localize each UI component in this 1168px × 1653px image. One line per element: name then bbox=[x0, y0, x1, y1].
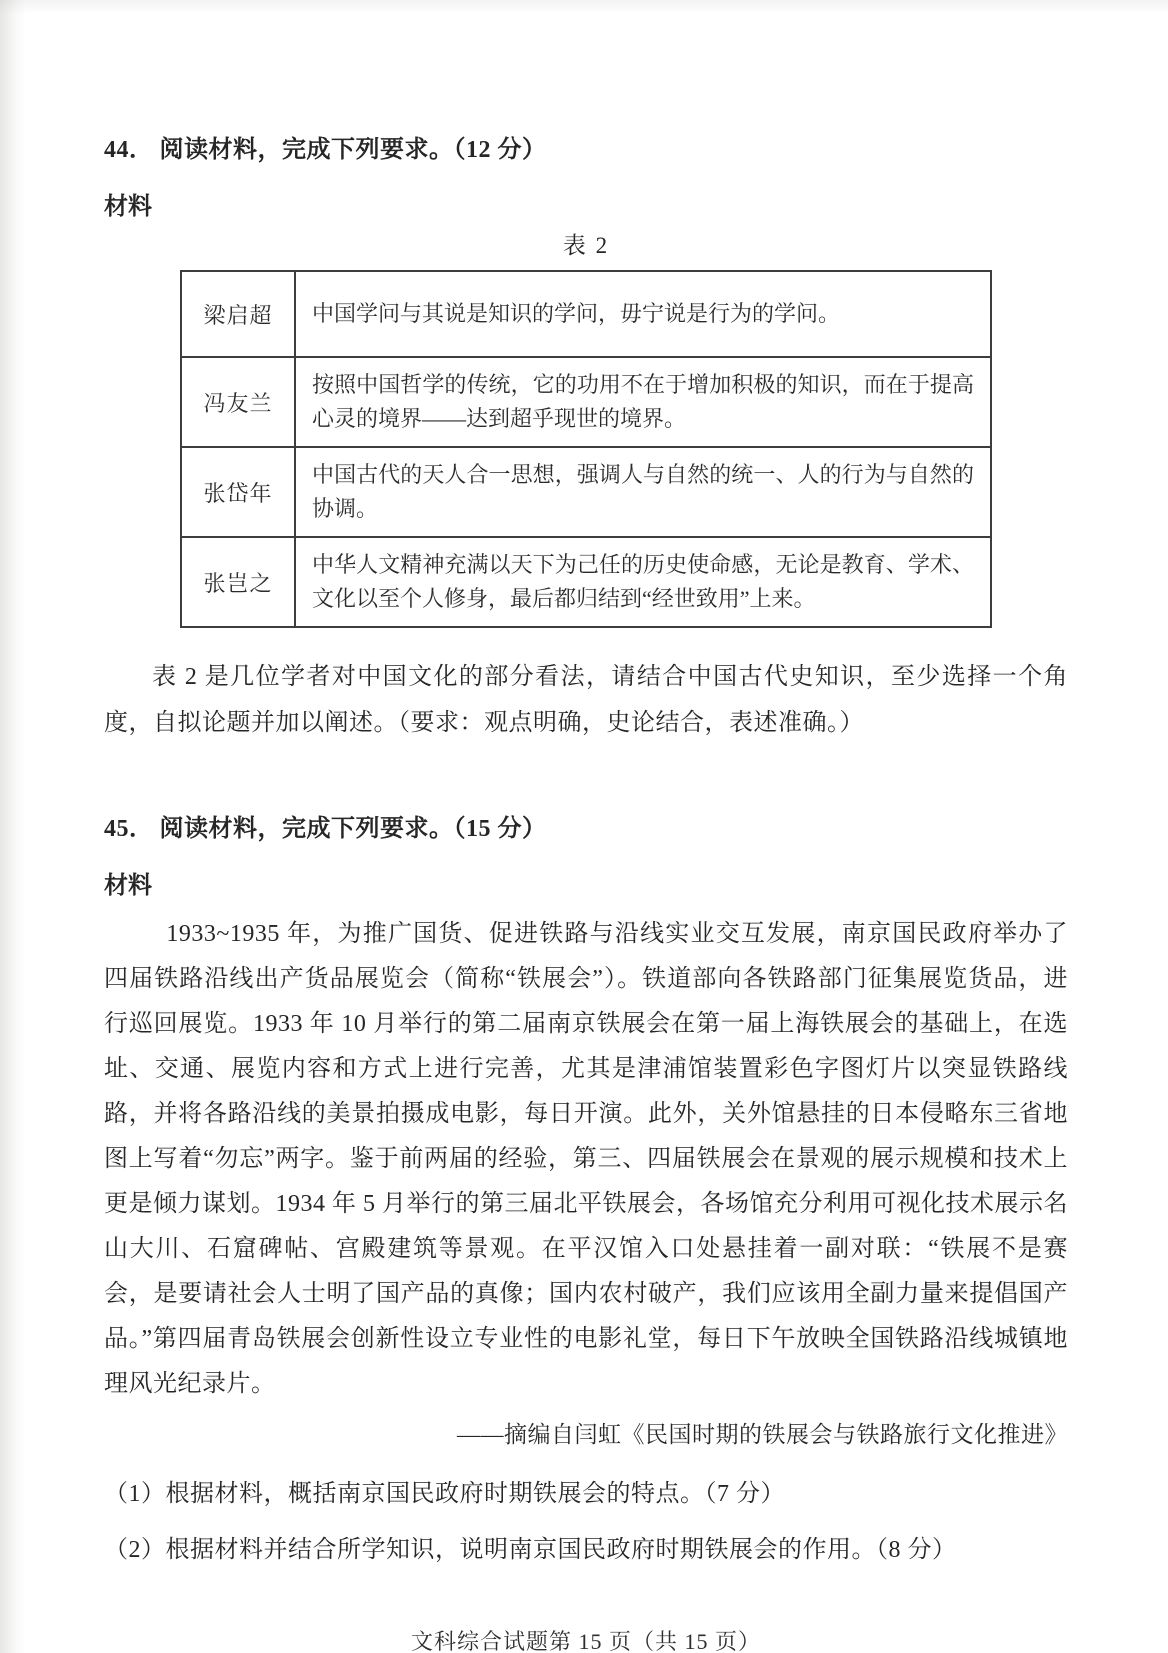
scholar-name-cell: 张岱年 bbox=[181, 447, 295, 537]
question-44-task: 表 2 是几位学者对中国文化的部分看法，请结合中国古代史知识，至少选择一个角度，… bbox=[104, 654, 1068, 746]
scholar-view-cell: 中国古代的天人合一思想，强调人与自然的统一、人的行为与自然的协调。 bbox=[295, 447, 991, 537]
scan-shadow-left bbox=[0, 0, 26, 1653]
page-footer: 文科综合试题第 15 页（共 15 页） bbox=[104, 1625, 1068, 1653]
scholars-views-table: 梁启超 中国学问与其说是知识的学问，毋宁说是行为的学问。 冯友兰 按照中国哲学的… bbox=[180, 270, 992, 628]
table-row: 张岱年 中国古代的天人合一思想，强调人与自然的统一、人的行为与自然的协调。 bbox=[181, 447, 991, 537]
question-45-material-paragraph: 1933~1935 年，为推广国货、促进铁路与沿线实业交互发展，南京国民政府举办… bbox=[104, 912, 1068, 1407]
question-45-number: 45． bbox=[104, 816, 154, 842]
scholar-name-cell: 张岂之 bbox=[181, 537, 295, 627]
exam-page: 44．阅读材料，完成下列要求。（12 分） 材料 表 2 梁启超 中国学问与其说… bbox=[0, 0, 1168, 1653]
table-row: 张岂之 中华人文精神充满以天下为己任的历史使命感，无论是教育、学术、文化以至个人… bbox=[181, 537, 991, 627]
question-45-stem: 阅读材料，完成下列要求。（15 分） bbox=[160, 816, 547, 842]
scholar-name-cell: 梁启超 bbox=[181, 271, 295, 357]
table-row: 冯友兰 按照中国哲学的传统，它的功用不在于增加积极的知识，而在于提高心灵的境界—… bbox=[181, 357, 991, 447]
question-44-material-label: 材料 bbox=[104, 191, 1068, 223]
scholar-view-cell: 中华人文精神充满以天下为己任的历史使命感，无论是教育、学术、文化以至个人修身，最… bbox=[295, 537, 991, 627]
question-44-section: 44．阅读材料，完成下列要求。（12 分） 材料 表 2 梁启超 中国学问与其说… bbox=[104, 133, 1068, 746]
question-45-section: 45．阅读材料，完成下列要求。（15 分） 材料 1933~1935 年，为推广… bbox=[104, 812, 1068, 1567]
table-2-title: 表 2 bbox=[104, 227, 1068, 260]
scan-shadow-top bbox=[0, 0, 1168, 14]
question-44-stem: 阅读材料，完成下列要求。（12 分） bbox=[160, 137, 547, 163]
question-45-stem-line: 45．阅读材料，完成下列要求。（15 分） bbox=[104, 812, 1068, 846]
sub-question-2: （2）根据材料并结合所学知识，说明南京国民政府时期铁展会的作用。（8 分） bbox=[104, 1533, 1068, 1567]
scholar-view-cell: 按照中国哲学的传统，它的功用不在于增加积极的知识，而在于提高心灵的境界——达到超… bbox=[295, 357, 991, 447]
table-row: 梁启超 中国学问与其说是知识的学问，毋宁说是行为的学问。 bbox=[181, 271, 991, 357]
sub-question-1: （1）根据材料，概括南京国民政府时期铁展会的特点。（7 分） bbox=[104, 1477, 1068, 1511]
question-45-material-label: 材料 bbox=[104, 870, 1068, 902]
scholar-view-cell: 中国学问与其说是知识的学问，毋宁说是行为的学问。 bbox=[295, 271, 991, 357]
scholar-name-cell: 冯友兰 bbox=[181, 357, 295, 447]
source-attribution: ——摘编自闫虹《民国时期的铁展会与铁路旅行文化推进》 bbox=[104, 1415, 1068, 1455]
question-44-stem-line: 44．阅读材料，完成下列要求。（12 分） bbox=[104, 133, 1068, 167]
question-44-number: 44． bbox=[104, 137, 154, 163]
